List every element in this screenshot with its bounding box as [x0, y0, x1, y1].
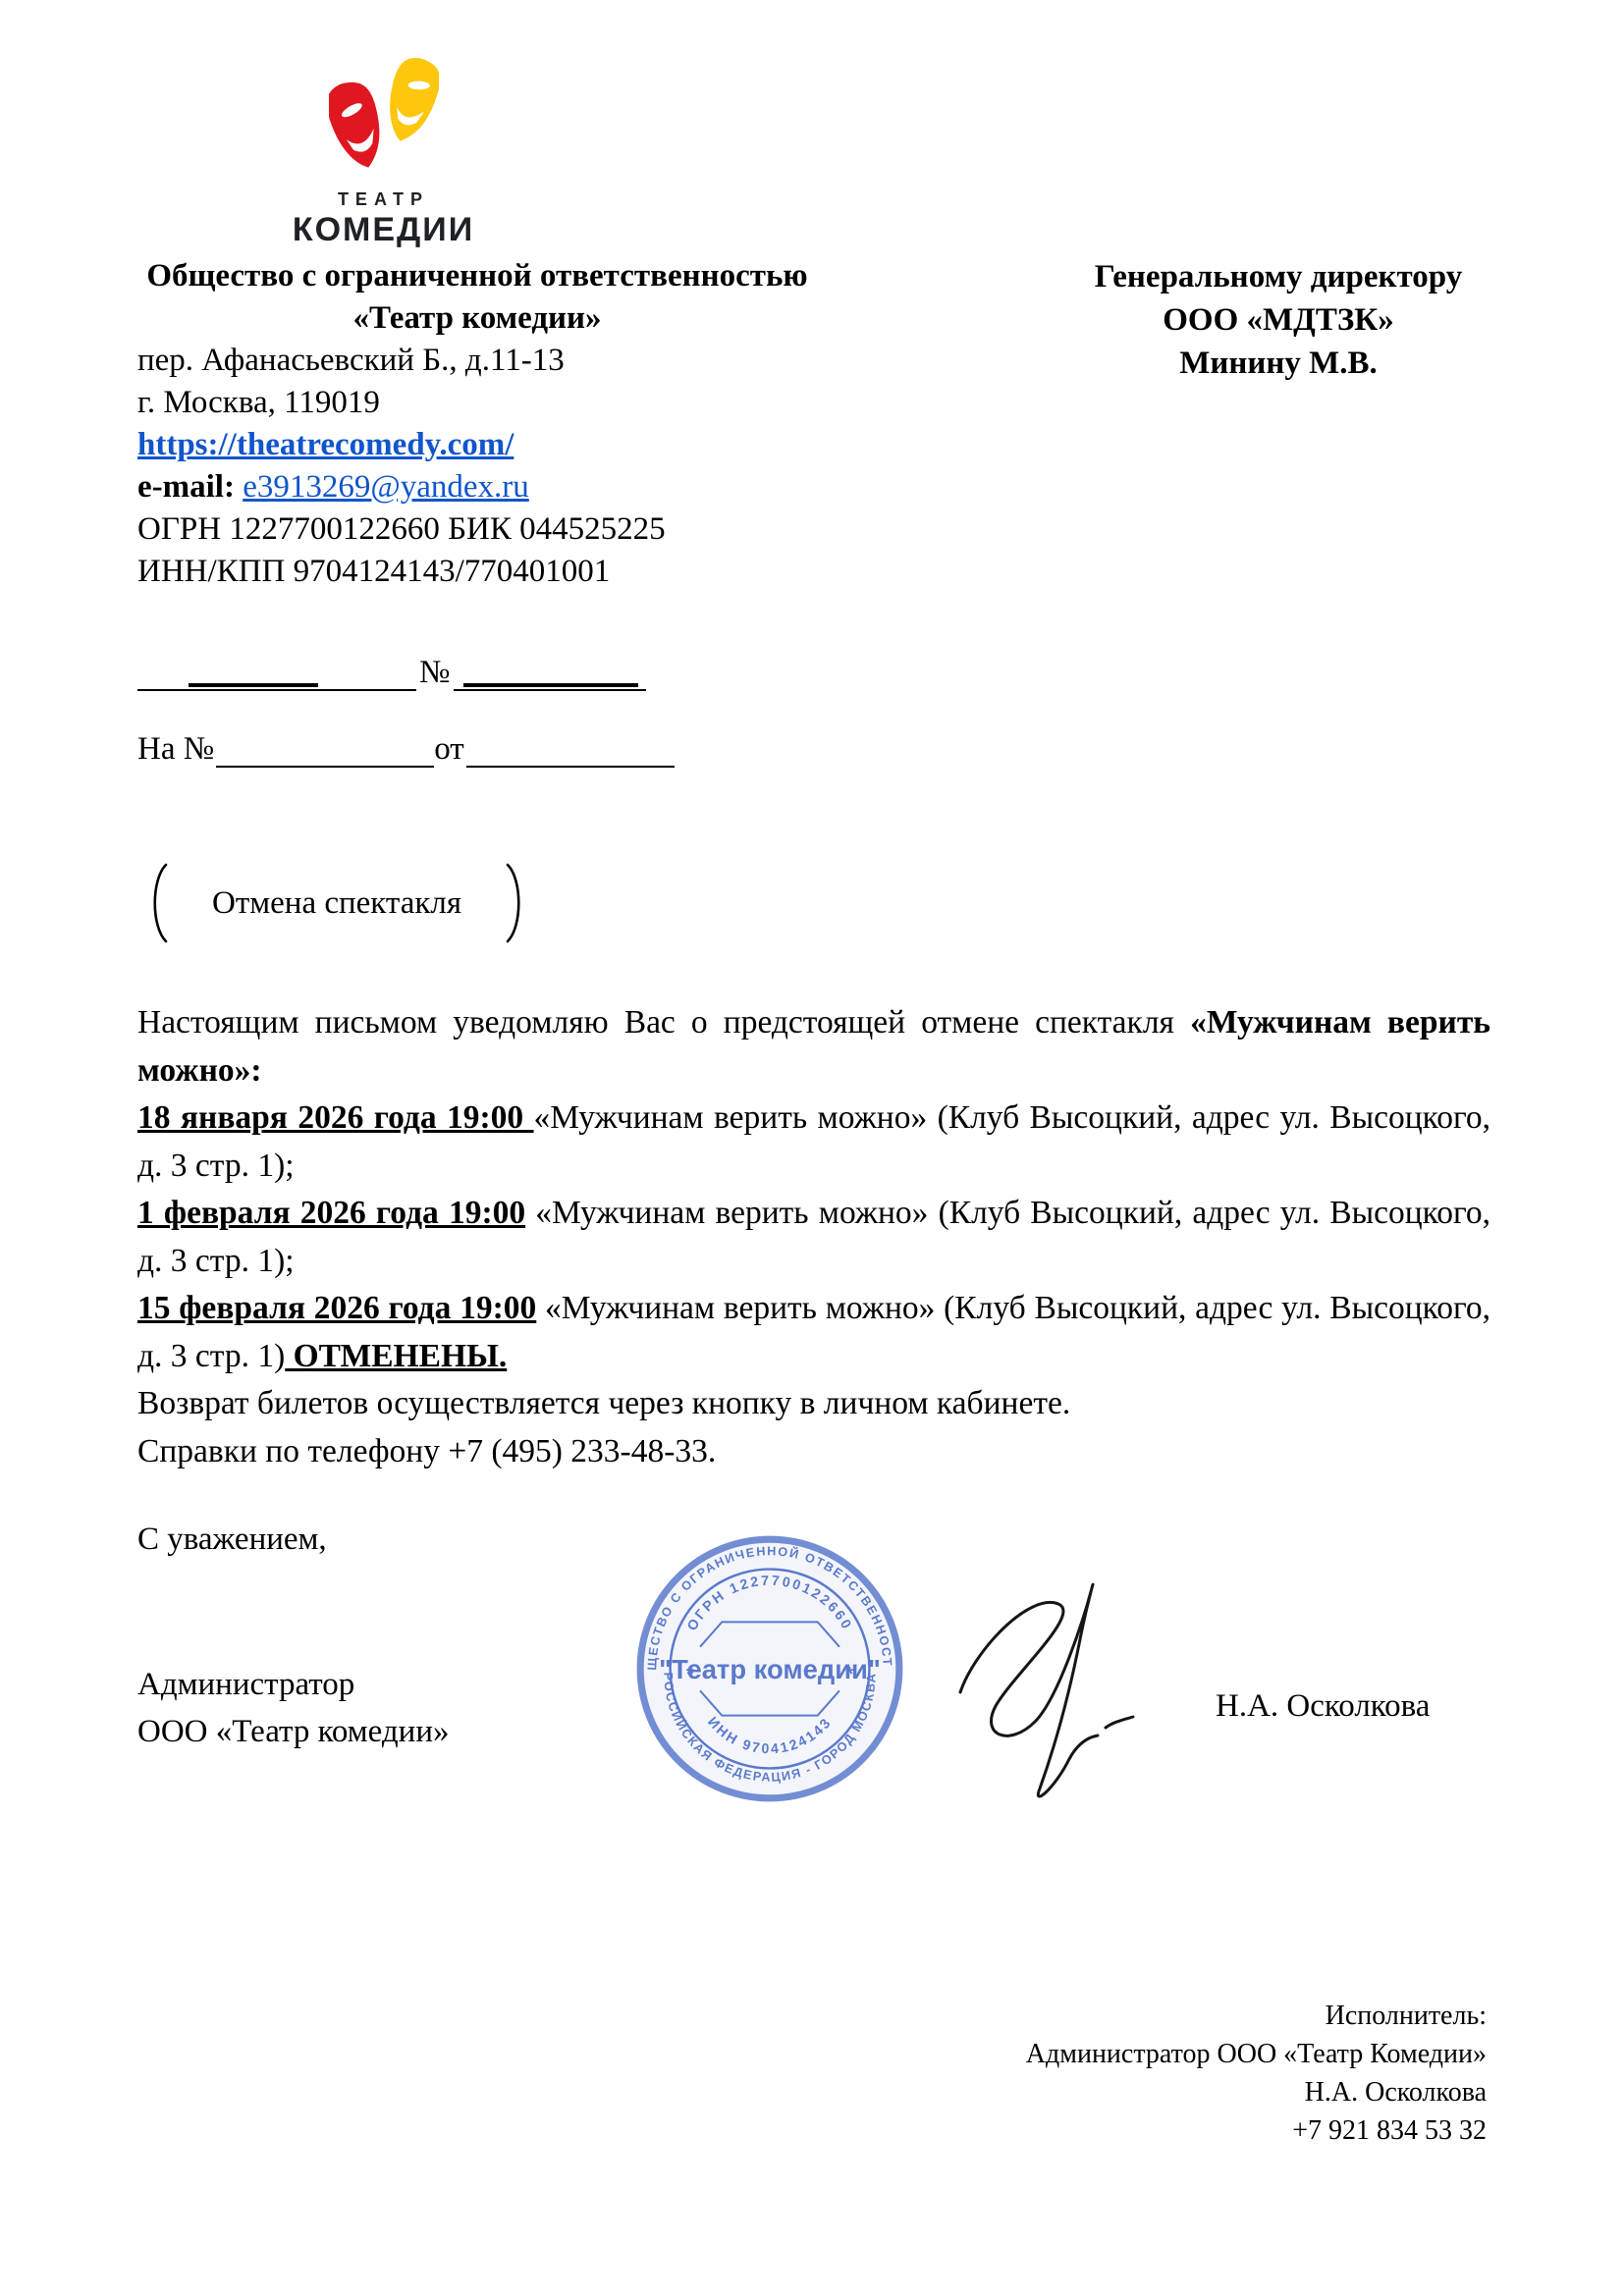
recipient-name: Минину М.В. [1056, 342, 1500, 385]
body-intro: Настоящим письмом уведомляю Вас о предст… [137, 999, 1490, 1095]
reply-number-blank [216, 728, 434, 768]
reference-number-blank-bold [463, 683, 638, 687]
bracket-right-icon [505, 862, 528, 944]
stamp-asterisk-left: * [686, 1664, 694, 1685]
round-stamp-icon: ОБЩЕСТВО С ОГРАНИЧЕННОЙ ОТВЕТСТВЕННОСТЬЮ… [630, 1529, 909, 1808]
reference-reply-line: На №от [137, 728, 675, 768]
theater-logo: ТЕАТР КОМЕДИИ [283, 55, 484, 249]
sender-website-link[interactable]: https://theatrecomedy.com/ [137, 427, 514, 462]
number-sign: № [419, 655, 451, 690]
bracket-left-icon [145, 862, 169, 944]
reference-date-blank-bold [189, 683, 318, 687]
executor-label: Исполнитель: [1026, 1997, 1487, 2035]
phone-line: Справки по телефону +7 (495) 233-48-33. [137, 1428, 1490, 1476]
sender-block: Общество с ограниченной ответственностью… [137, 255, 817, 593]
reply-date-blank [466, 728, 675, 768]
logo-text-teatr: ТЕАТР [283, 189, 484, 210]
on-number-label: На № [137, 731, 214, 767]
cancelled-word: ОТМЕНЕНЫ. [285, 1338, 507, 1374]
show-date-3: 15 февраля 2026 года 19:00 [137, 1290, 536, 1326]
sender-org-name-line2: «Театр комедии» [137, 297, 817, 340]
email-label: e-mail: [137, 469, 235, 505]
logo-text-komedii: КОМЕДИИ [283, 211, 484, 249]
sender-ogrn-bik: ОГРН 1227700122660 БИК 044525225 [137, 508, 817, 551]
recipient-company: ООО «МДТЗК» [1056, 298, 1500, 342]
comedy-masks-icon [329, 55, 439, 181]
signer-position-line2: ООО «Театр комедии» [137, 1708, 450, 1755]
cancelled-show-item: 15 февраля 2026 года 19:00 «Мужчинам вер… [137, 1285, 1490, 1380]
signature-scrawl-icon [945, 1553, 1170, 1810]
executor-block: Исполнитель: Администратор ООО «Театр Ко… [1026, 1997, 1487, 2150]
recipient-block: Генеральному директору ООО «МДТЗК» Минин… [1056, 255, 1500, 385]
refund-line: Возврат билетов осуществляется через кно… [137, 1380, 1490, 1428]
cancelled-show-item: 18 января 2026 года 19:00 «Мужчинам вери… [137, 1095, 1490, 1190]
body-intro-text: Настоящим письмом уведомляю Вас о предст… [137, 1004, 1190, 1041]
signer-name: Н.А. Осколкова [1216, 1688, 1430, 1725]
show-date-2: 1 февраля 2026 года 19:00 [137, 1195, 525, 1231]
sender-address-street: пер. Афанасьевский Б., д.11-13 [137, 340, 817, 382]
letter-page: ТЕАТР КОМЕДИИ Общество с ограниченной от… [0, 0, 1624, 2296]
letter-body: Настоящим письмом уведомляю Вас о предст… [137, 999, 1490, 1475]
show-date-1: 18 января 2026 года 19:00 [137, 1099, 534, 1136]
executor-phone: +7 921 834 53 32 [1026, 2111, 1487, 2150]
executor-name: Н.А. Осколкова [1026, 2073, 1487, 2111]
company-stamp: ОБЩЕСТВО С ОГРАНИЧЕННОЙ ОТВЕТСТВЕННОСТЬЮ… [630, 1529, 909, 1808]
reference-number-line: № [137, 652, 646, 691]
executor-position: Администратор ООО «Театр Комедии» [1026, 2035, 1487, 2073]
handwritten-signature [945, 1553, 1170, 1815]
signer-position-block: Администратор ООО «Театр комедии» [137, 1661, 450, 1755]
subject-block: Отмена спектакля [145, 862, 528, 944]
sender-address-city: г. Москва, 119019 [137, 382, 817, 424]
reference-number-blank [454, 652, 646, 691]
cancelled-show-item: 1 февраля 2026 года 19:00 «Мужчинам вери… [137, 1190, 1490, 1285]
sender-inn-kpp: ИНН/КПП 9704124143/770401001 [137, 551, 817, 593]
subject-text: Отмена спектакля [169, 885, 505, 922]
sender-org-name-line1: Общество с ограниченной ответственностью [137, 255, 817, 297]
sender-email-link[interactable]: e3913269@yandex.ru [243, 469, 529, 505]
regards-line: С уважением, [137, 1522, 327, 1558]
from-label: от [434, 731, 464, 767]
reference-date-blank [137, 652, 416, 691]
recipient-title: Генеральному директору [1056, 255, 1500, 298]
stamp-asterisk-right: * [845, 1664, 853, 1685]
signer-position-line1: Администратор [137, 1661, 450, 1708]
